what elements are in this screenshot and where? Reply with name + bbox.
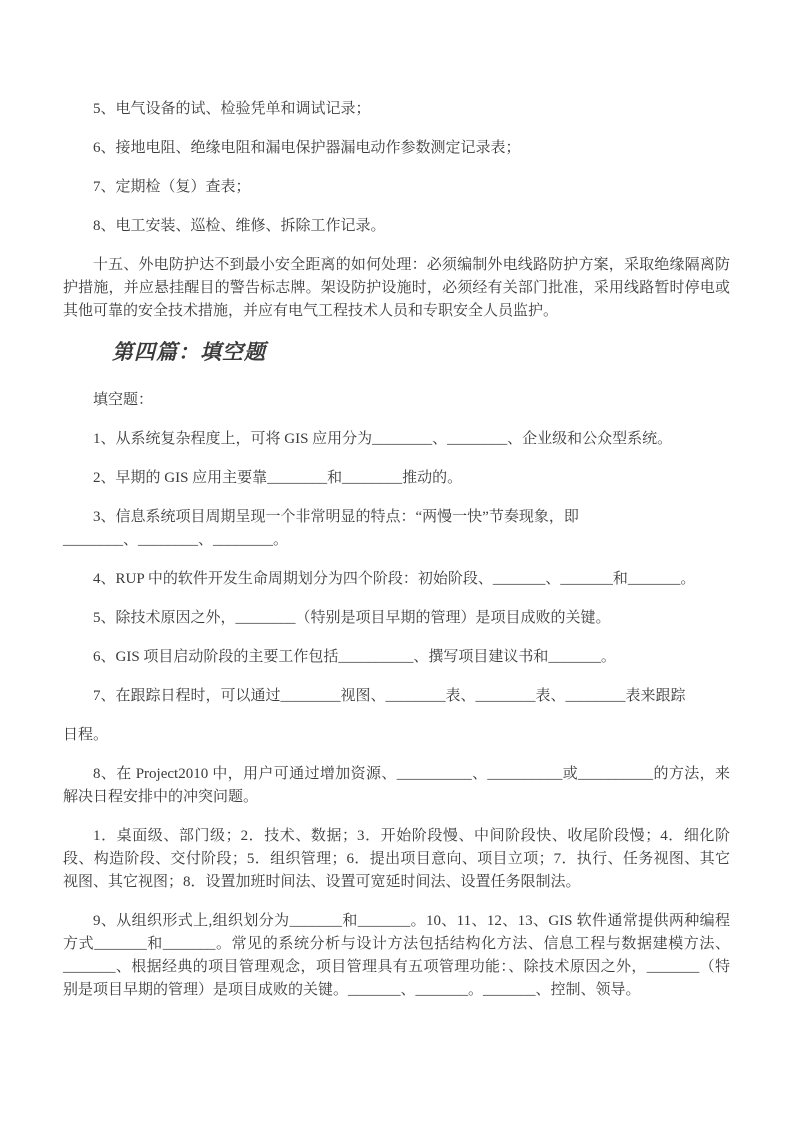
list-item-5: 5、电气设备的试、检验凭单和调试记录； [63, 98, 730, 121]
question-5: 5、除技术原因之外，________（特别是项目早期的管理）是项目成败的关键。 [63, 607, 730, 630]
question-2: 2、早期的 GIS 应用主要靠________和________推动的。 [63, 467, 730, 490]
question-1: 1、从系统复杂程度上，可将 GIS 应用分为________、________、… [63, 428, 730, 451]
paragraph-question-15: 十五、外电防护达不到最小安全距离的如何处理：必须编制外电线路防护方案，采取绝缘隔… [63, 254, 730, 323]
question-9: 9、从组织形式上,组织划分为_______和_______。10、11、12、1… [63, 910, 730, 1002]
document-page: 5、电气设备的试、检验凭单和调试记录； 6、接地电阻、绝缘电阻和漏电保护器漏电动… [0, 0, 800, 1132]
list-item-7: 7、定期检（复）查表； [63, 176, 730, 199]
question-4: 4、RUP 中的软件开发生命周期划分为四个阶段：初始阶段、_______、___… [63, 568, 730, 591]
question-8: 8、在 Project2010 中，用户可通过增加资源、__________、_… [63, 763, 730, 809]
answer-key-paragraph: 1．桌面级、部门级；2．技术、数据；3．开始阶段慢、中间阶段快、收尾阶段慢；4．… [63, 825, 730, 894]
question-7-continuation: 日程。 [63, 724, 730, 747]
section-heading-part4: 第四篇：填空题 [63, 339, 730, 365]
list-item-6: 6、接地电阻、绝缘电阻和漏电保护器漏电动作参数测定记录表； [63, 137, 730, 160]
list-item-8: 8、电工安装、巡检、维修、拆除工作记录。 [63, 215, 730, 238]
fill-in-label: 填空题： [63, 389, 730, 412]
question-7: 7、在跟踪日程时，可以通过________视图、________表、______… [63, 685, 730, 708]
question-6: 6、GIS 项目启动阶段的主要工作包括__________、撰写项目建议书和__… [63, 646, 730, 669]
question-3: 3、信息系统项目周期呈现一个非常明显的特点：“两慢一快”节奏现象，即 _____… [63, 506, 730, 552]
